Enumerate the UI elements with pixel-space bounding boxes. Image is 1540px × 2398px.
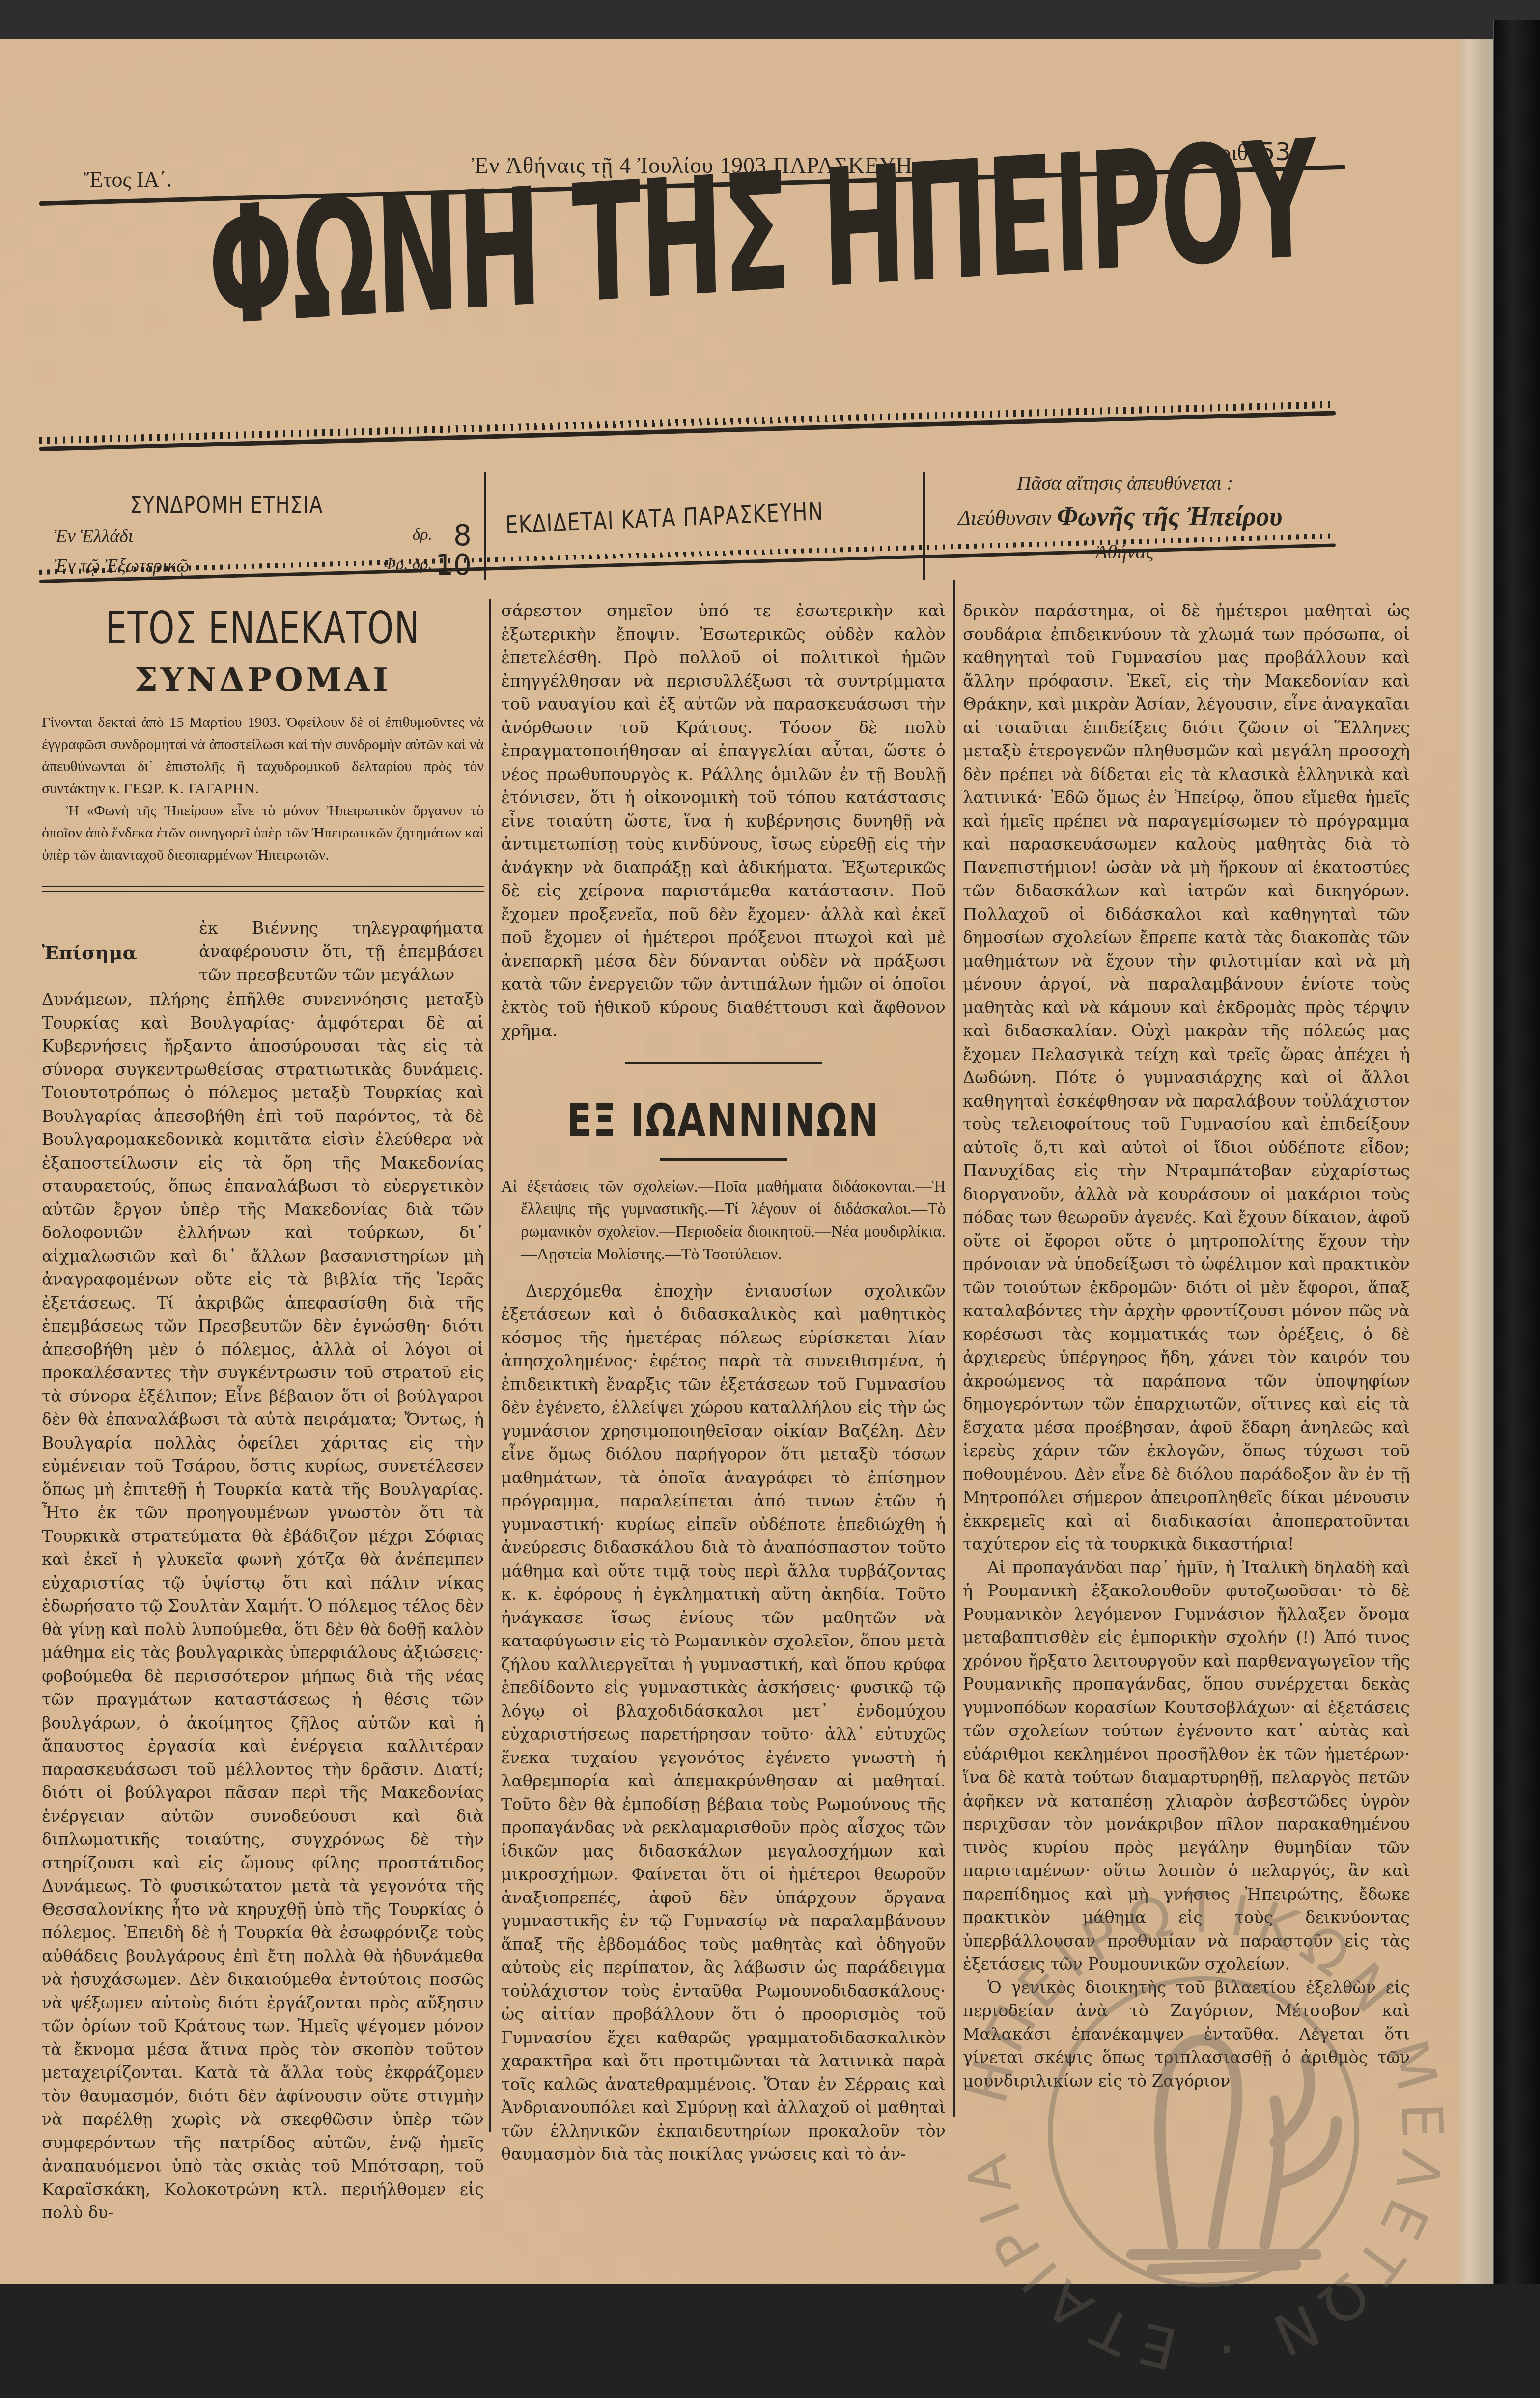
article-lead: ἐκ Βιέννης τηλεγραφήματα ἀναφέρουσιν ὅτι… <box>199 917 484 987</box>
article-end-rule <box>625 1062 822 1064</box>
column-separator-2 <box>953 580 955 2117</box>
year-label: Ἔτος ΙΑ΄. <box>84 167 172 192</box>
binder-top-edge <box>0 0 1540 39</box>
newspaper-page: Ἔτος ΙΑ΄. Ἐν Ἀθήναις τῇ 4 Ἰουλίου 1903 Π… <box>0 39 1459 2284</box>
domestic-price: 8 <box>453 519 472 552</box>
publication-schedule: ΕΚΔΙΔΕΤΑΙ ΚΑΤΑ ΠΑΡΑΣΚΕΥΗΝ <box>505 497 824 539</box>
column-separator-1 <box>489 599 491 2132</box>
year-heading: ΕΤΟΣ ΕΝΔΕΚΑΤΟΝ <box>97 604 429 653</box>
masthead-dotted-rule <box>39 401 1336 444</box>
article-lead-block: Ἐπίσημα ἐκ Βιέννης τηλεγραφήματα ἀναφέρο… <box>42 917 484 988</box>
address-prefix: Διεύθυνσιν <box>958 506 1051 530</box>
article-body: Δυνάμεων, πλήρης ἐπῆλθε συνεννόησις μετα… <box>42 988 484 2225</box>
binder-bottom-edge <box>0 2284 1540 2398</box>
address-intro: Πᾶσα αἴτησις ἀπευθύνεται : <box>1017 472 1233 495</box>
column-3: δρικὸν παράστημα, οἱ δὲ ἡμέτεροι μαθηταὶ… <box>963 599 1410 2092</box>
heading-underline <box>660 1158 787 1161</box>
masthead-bottom-rule <box>39 411 1336 451</box>
ioannina-heading: ΕΞ ΙΩΑΝΝΙΝΩΝ <box>541 1094 905 1148</box>
address-box: Πᾶσα αἴτησις ἀπευθύνεται : Διεύθυνσιν Φω… <box>938 472 1336 580</box>
column-1: ΕΤΟΣ ΕΝΔΕΚΑΤΟΝ ΣΥΝΔΡΟΜΑΙ Γίνονται δεκταὶ… <box>42 599 484 2225</box>
editor-name: ΓΕΩΡ. Κ. ΓΑΓΑΡΗΝ. <box>123 781 259 797</box>
domestic-unit: δρ. <box>412 526 432 544</box>
section-divider <box>42 886 484 892</box>
ioannina-body: Διερχόμεθα ἐποχὴν ἐνιαυσίων σχολικῶν ἐξε… <box>501 1280 946 2166</box>
foreign-price: 10 <box>435 548 472 582</box>
page-stack-edge <box>1454 39 1493 2284</box>
subscription-notice: Γίνονται δεκταὶ ἀπὸ 15 Μαρτίου 1903. Ὀφε… <box>42 711 484 800</box>
address-line: Διεύθυνσιν Φωνῆς τῆς Ἠπείρου <box>958 501 1283 531</box>
masthead-title: ΦΩΝΗ ΤΗΣ ΗΠΕΙΡΟΥ <box>206 148 837 349</box>
subscription-heading: ΣΥΝΔΡΟΜΗ ΕΤΗΣΙΑ <box>130 491 323 519</box>
ioannina-summary: Αἱ ἐξετάσεις τῶν σχολείων.—Ποῖα μαθήματα… <box>501 1175 946 1266</box>
governor-paragraph: Ὁ γενικὸς διοικητὴς τοῦ βιλαετίου ἐξελθὼ… <box>963 1976 1410 2093</box>
propaganda-paragraph: Αἱ προπαγάνδαι παρ᾽ ἡμῖν, ἡ Ἰταλικὴ δηλα… <box>963 1556 1410 1976</box>
article-label: Ἐπίσημα <box>42 941 137 965</box>
mission-statement: Ἡ «Φωνὴ τῆς Ἠπείρου» εἶνε τὸ μόνον Ἠπειρ… <box>42 800 484 866</box>
binder-spine <box>1493 20 1540 2398</box>
ioannina-continuation: δρικὸν παράστημα, οἱ δὲ ἡμέτεροι μαθηταὶ… <box>963 599 1410 1556</box>
column-2: σάρεστον σημεῖον ὑπό τε ἐσωτερικὴν καὶ ἐ… <box>501 599 946 2166</box>
subscription-text: Γίνονται δεκταὶ ἀπὸ 15 Μαρτίου 1903. Ὀφε… <box>42 714 484 797</box>
article-continuation: σάρεστον σημεῖον ὑπό τε ἐσωτερικὴν καὶ ἐ… <box>501 599 946 1043</box>
address-name: Φωνῆς τῆς Ἠπείρου <box>1057 502 1282 531</box>
subscriptions-heading: ΣΥΝΔΡΟΜΑΙ <box>42 662 484 697</box>
domestic-label: Ἐν Ἑλλάδι <box>54 526 133 547</box>
domestic-price-row: Ἐν Ἑλλάδι δρ. 8 <box>54 526 472 547</box>
